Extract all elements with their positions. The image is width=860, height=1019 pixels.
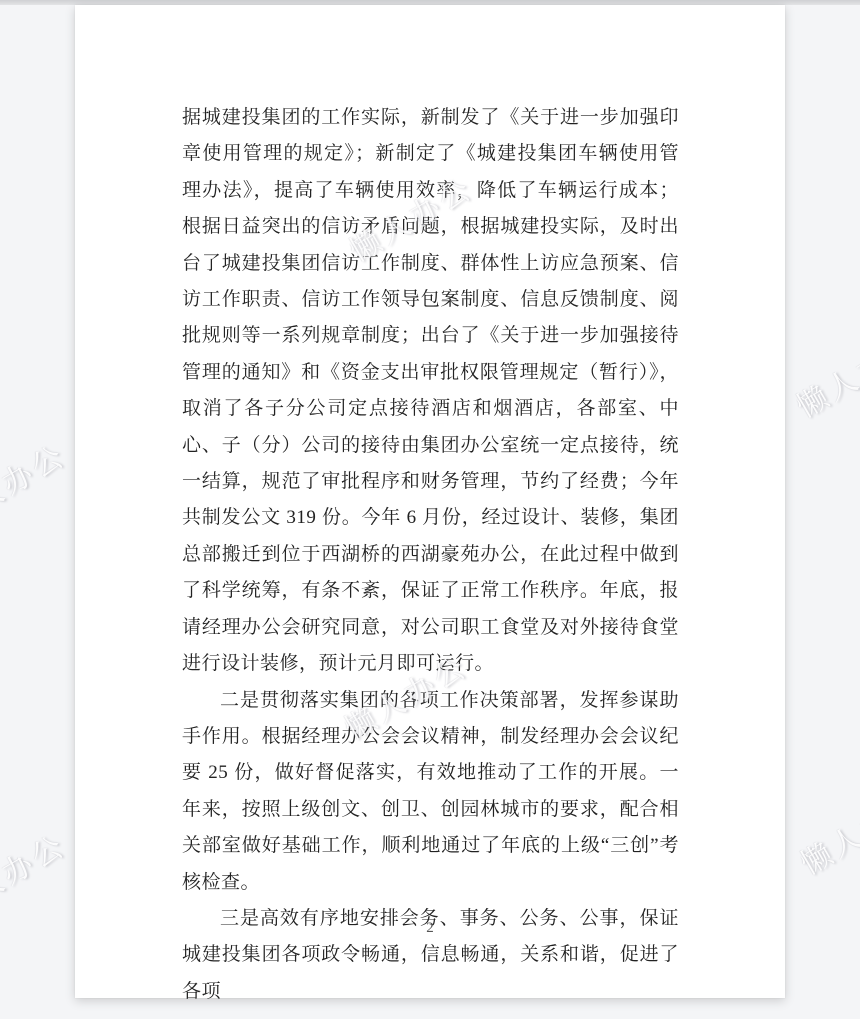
watermark-text: 懒人办公 xyxy=(0,815,83,933)
document-body: 据城建投集团的工作实际，新制发了《关于进一步加强印章使用管理的规定》；新制定了《… xyxy=(182,100,679,1010)
paragraph-continuation: 据城建投集团的工作实际，新制发了《关于进一步加强印章使用管理的规定》；新制定了《… xyxy=(182,100,679,683)
watermark-text: 懒人办公 xyxy=(777,314,860,432)
watermark-text: 懒人办公 xyxy=(0,425,83,543)
paragraph-second-point: 二是贯彻落实集团的各项工作决策部署，发挥参谋助手作用。根据经理办公会会议精神，制… xyxy=(182,683,679,901)
document-page: 据城建投集团的工作实际，新制发了《关于进一步加强印章使用管理的规定》；新制定了《… xyxy=(75,5,785,998)
watermark-text: 懒人办公 xyxy=(781,771,860,889)
page-number: 2 xyxy=(75,920,785,937)
paragraph-third-point: 三是高效有序地安排会务、事务、公务、公事，保证城建投集团各项政令畅通，信息畅通，… xyxy=(182,901,679,1010)
